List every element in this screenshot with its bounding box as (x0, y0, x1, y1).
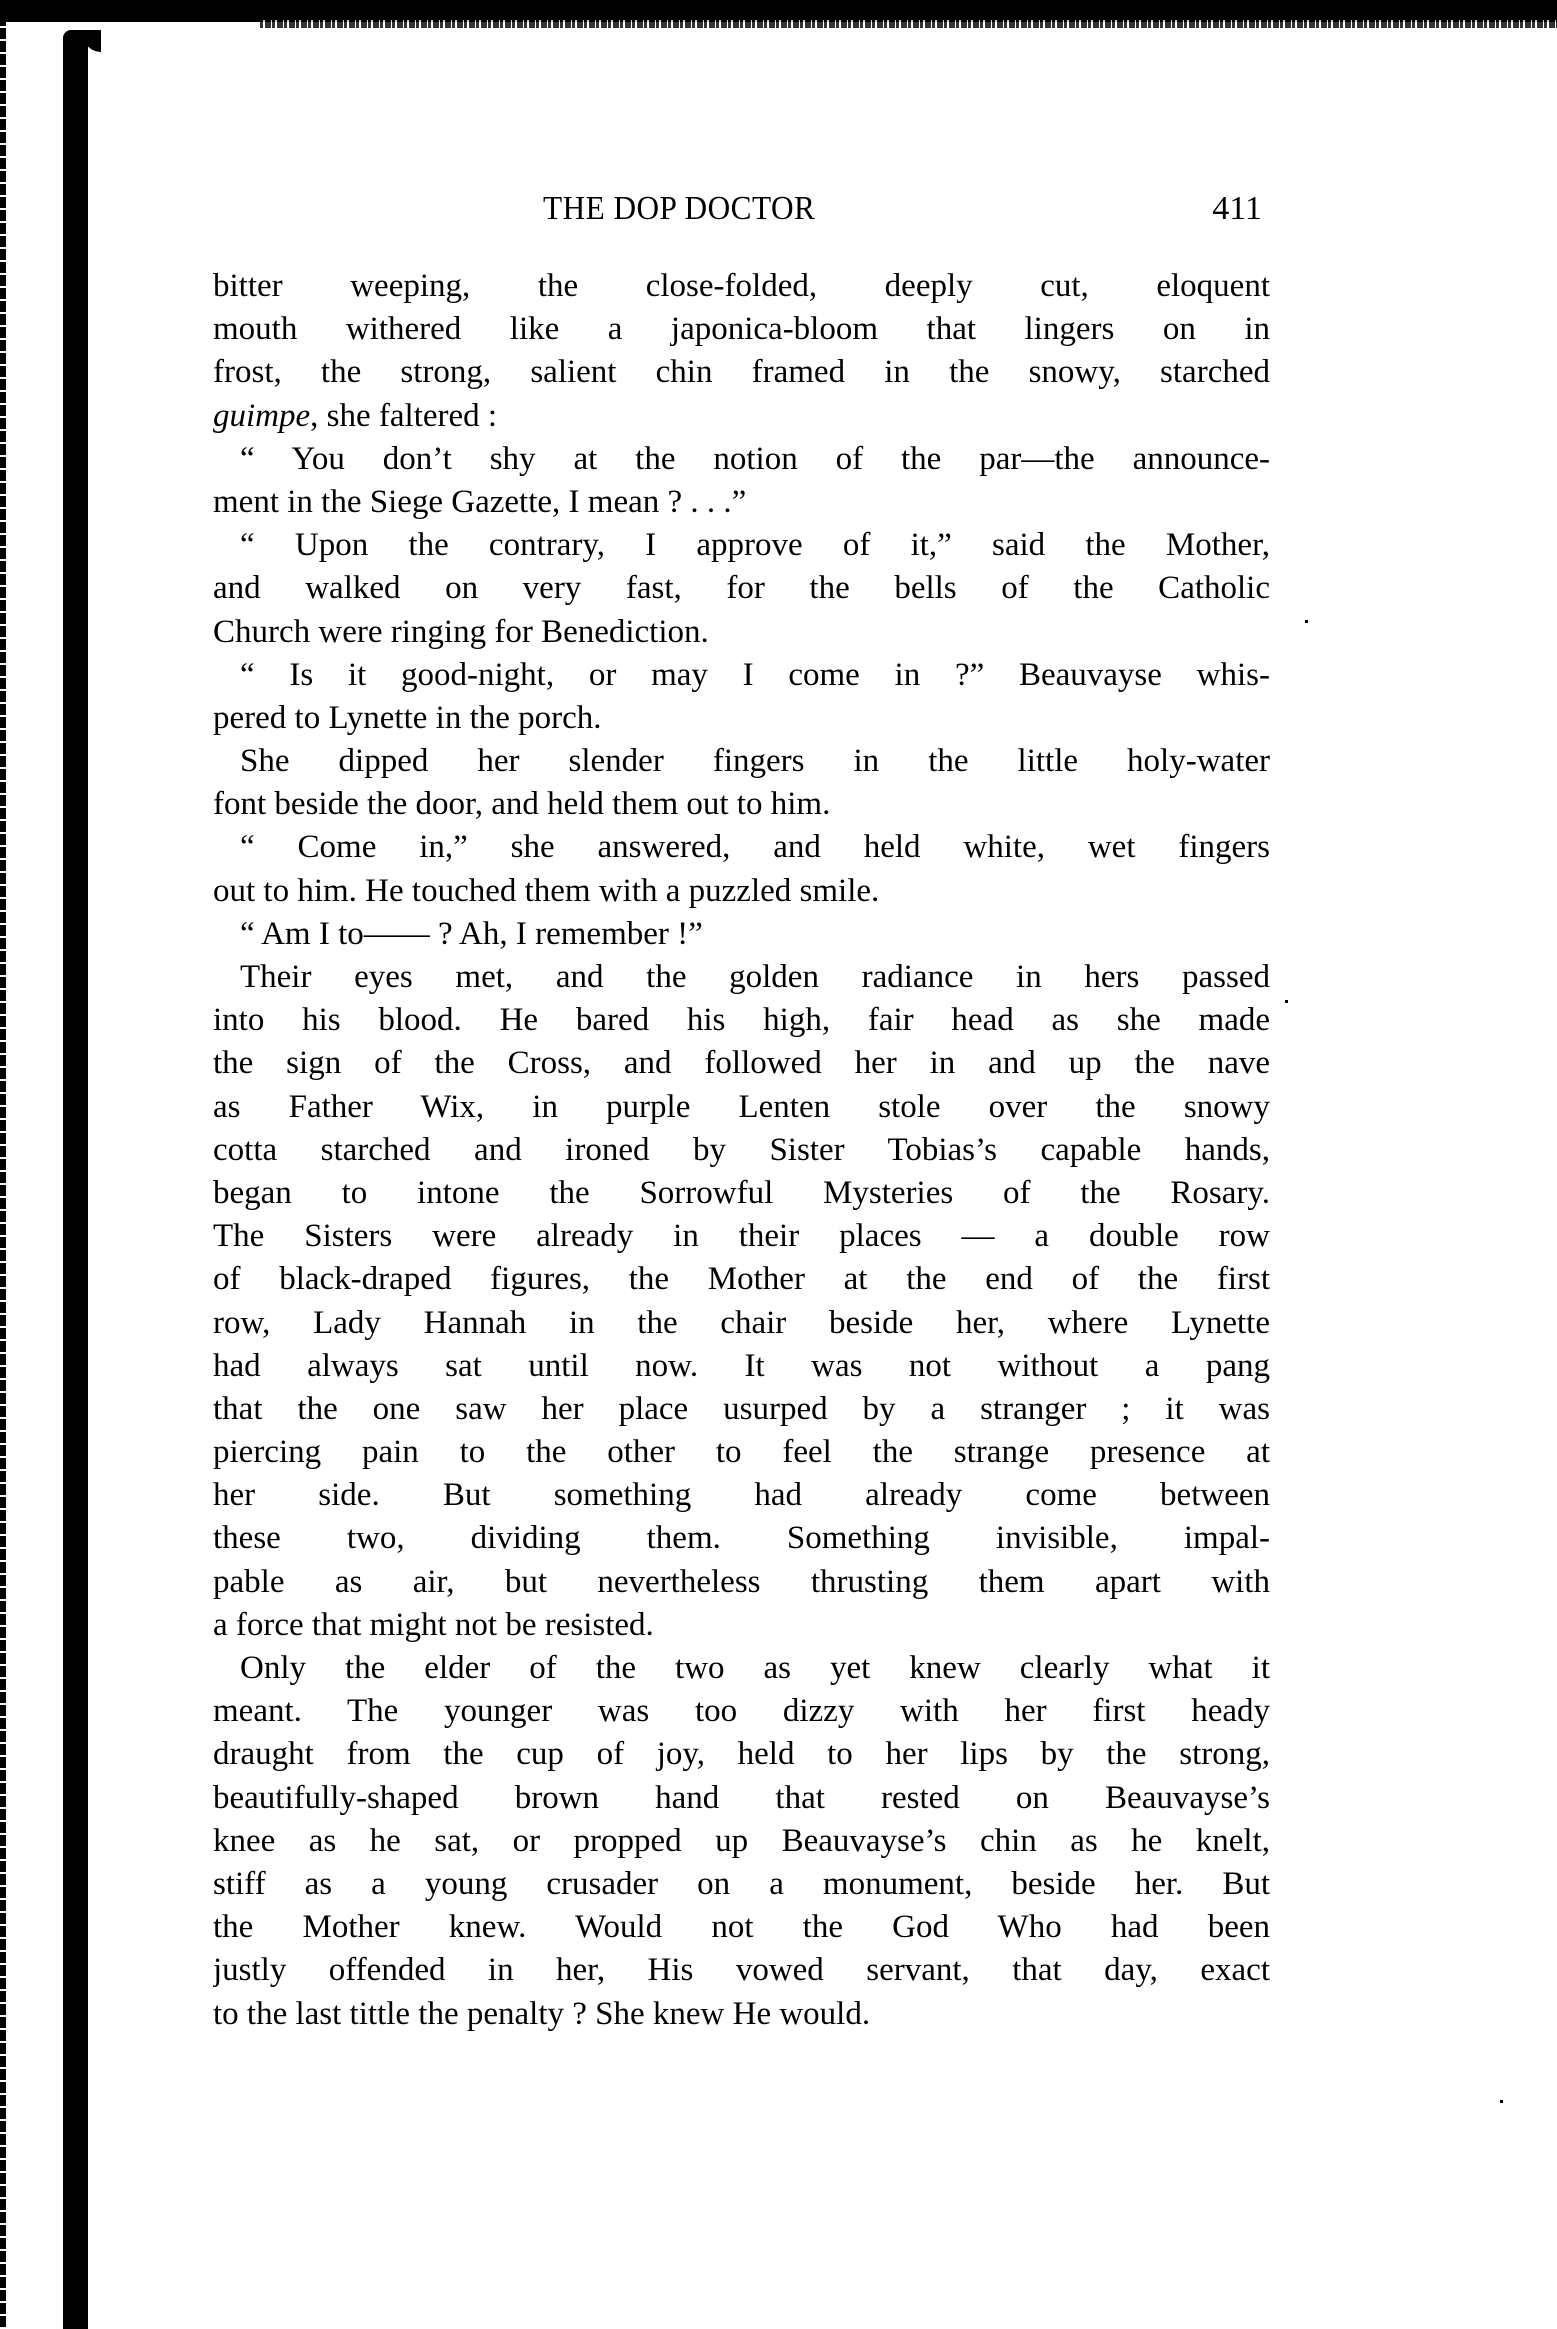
text-line: bitter weeping, the close-folded, deeply… (213, 265, 1270, 308)
scan-speck (1305, 620, 1308, 623)
text-line: “ You don’t shy at the notion of the par… (213, 438, 1270, 481)
text-line: “ Upon the contrary, I approve of it,” s… (213, 524, 1270, 567)
text-line: and walked on very fast, for the bells o… (213, 567, 1270, 610)
text-line: a force that might not be resisted. (213, 1604, 1270, 1647)
text-line: ment in the Siege Gazette, I mean ? . . … (213, 481, 1270, 524)
text-line: mouth withered like a japonica-bloom tha… (213, 308, 1270, 351)
body-text: bitter weeping, the close-folded, deeply… (213, 265, 1270, 2036)
scan-speck (1500, 2100, 1503, 2103)
text-line: these two, dividing them. Something invi… (213, 1517, 1270, 1560)
scan-speck (1285, 1000, 1288, 1003)
text-line: out to him. He touched them with a puzzl… (213, 870, 1270, 913)
running-title: THE DOP DOCTOR (543, 190, 815, 228)
text-line: Only the elder of the two as yet knew cl… (213, 1647, 1270, 1690)
text-line: meant. The younger was too dizzy with he… (213, 1690, 1270, 1733)
text-line: guimpe, she faltered : (213, 395, 1270, 438)
text-line: font beside the door, and held them out … (213, 783, 1270, 826)
text-line: beautifully-shaped brown hand that reste… (213, 1777, 1270, 1820)
text-line: justly offended in her, His vowed servan… (213, 1949, 1270, 1992)
text-line: Church were ringing for Benediction. (213, 611, 1270, 654)
text-line: draught from the cup of joy, held to her… (213, 1733, 1270, 1776)
scan-top-fringe (260, 20, 1557, 28)
text-line: into his blood. He bared his high, fair … (213, 999, 1270, 1042)
text-line: The Sisters were already in their places… (213, 1215, 1270, 1258)
text-line: of black-draped figures, the Mother at t… (213, 1258, 1270, 1301)
text-line: She dipped her slender fingers in the li… (213, 740, 1270, 783)
scan-top-border (0, 0, 1557, 22)
text-line: “ Come in,” she answered, and held white… (213, 826, 1270, 869)
text-line: that the one saw her place usurped by a … (213, 1388, 1270, 1431)
text-line: her side. But something had already come… (213, 1474, 1270, 1517)
text-line: cotta starched and ironed by Sister Tobi… (213, 1129, 1270, 1172)
text-line: pered to Lynette in the porch. (213, 697, 1270, 740)
text-line: to the last tittle the penalty ? She kne… (213, 1993, 1270, 2036)
text-line: frost, the strong, salient chin framed i… (213, 351, 1270, 394)
text-line: Their eyes met, and the golden radiance … (213, 956, 1270, 999)
text-line: the sign of the Cross, and followed her … (213, 1042, 1270, 1085)
text-line: pable as air, but nevertheless thrusting… (213, 1561, 1270, 1604)
text-line: began to intone the Sorrowful Mysteries … (213, 1172, 1270, 1215)
text-line: “ Am I to—— ? Ah, I remember !” (213, 913, 1270, 956)
line-remainder: , she faltered : (310, 398, 497, 434)
text-line: the Mother knew. Would not the God Who h… (213, 1906, 1270, 1949)
page-number: 411 (1212, 190, 1262, 228)
scan-left-edge (0, 22, 6, 2329)
text-line: “ Is it good-night, or may I come in ?” … (213, 654, 1270, 697)
text-line: row, Lady Hannah in the chair beside her… (213, 1302, 1270, 1345)
book-spine-shadow (63, 30, 88, 2329)
page-header: THE DOP DOCTOR 411 (213, 190, 1270, 230)
text-line: piercing pain to the other to feel the s… (213, 1431, 1270, 1474)
text-line: knee as he sat, or propped up Beauvayse’… (213, 1820, 1270, 1863)
text-line: stiff as a young crusader on a monument,… (213, 1863, 1270, 1906)
text-line: as Father Wix, in purple Lenten stole ov… (213, 1086, 1270, 1129)
text-line: had always sat until now. It was not wit… (213, 1345, 1270, 1388)
italic-word: guimpe (213, 398, 310, 434)
